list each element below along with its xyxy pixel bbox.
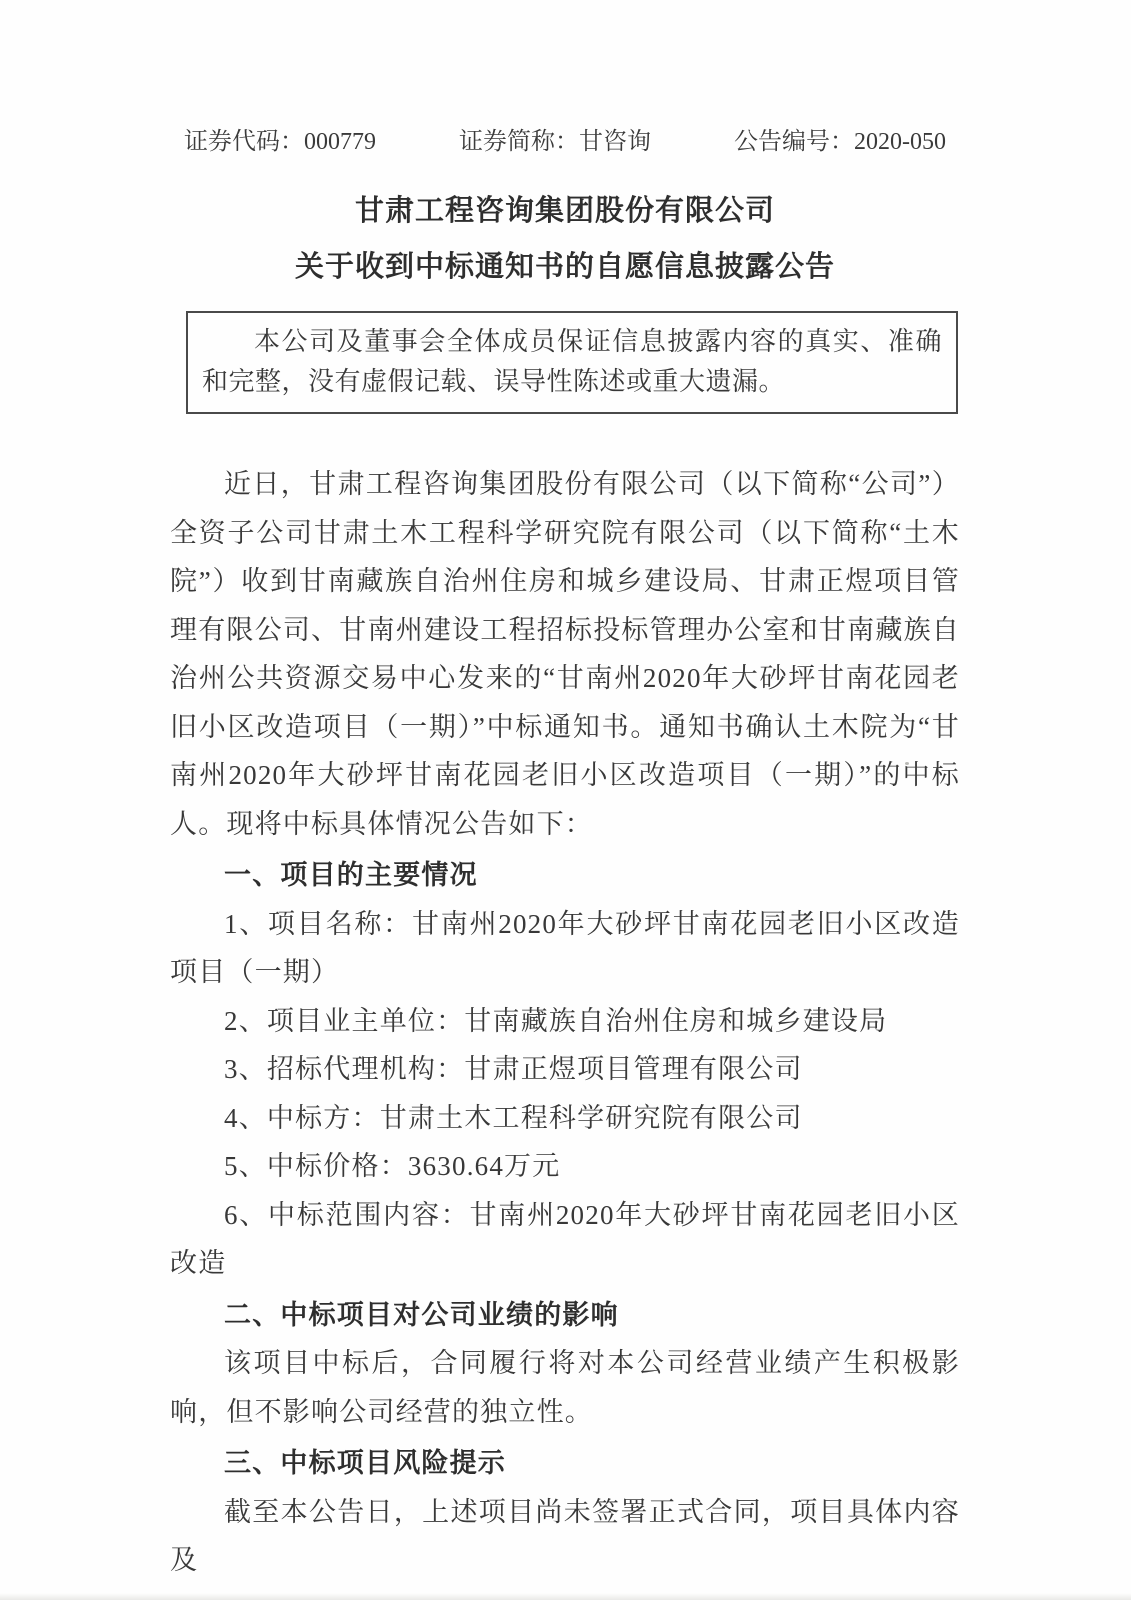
section2-heading: 二、中标项目对公司业绩的影响 [170,1291,960,1340]
scan-bottom-edge [0,1593,1131,1600]
section1-item-winning-bidder: 4、中标方：甘肃土木工程科学研究院有限公司 [170,1094,960,1143]
section1-item-bid-price: 5、中标价格：3630.64万元 [170,1142,960,1191]
disclaimer-text: 本公司及董事会全体成员保证信息披露内容的真实、准确和完整，没有虚假记载、误导性陈… [202,322,942,402]
stock-abbreviation: 证券简称：甘咨询 [459,121,651,156]
document-body: 近日，甘肃工程咨询集团股份有限公司（以下简称“公司”）全资子公司甘肃土木工程科学… [170,460,960,1585]
section2-paragraph: 该项目中标后，合同履行将对本公司经营业绩产生积极影响，但不影响公司经营的独立性。 [170,1339,960,1436]
section1-item-bid-scope: 6、中标范围内容：甘南州2020年大砂坪甘南花园老旧小区改造 [170,1191,960,1288]
section1-heading: 一、项目的主要情况 [170,851,960,900]
stock-code: 证券代码：000779 [184,121,376,156]
document-page: 证券代码：000779 证券简称：甘咨询 公告编号：2020-050 甘肃工程咨… [0,0,1131,1600]
announcement-document: 证券代码：000779 证券简称：甘咨询 公告编号：2020-050 甘肃工程咨… [170,0,960,1585]
company-name-title: 甘肃工程咨询集团股份有限公司 [170,188,960,229]
section1-item-owner-unit: 2、项目业主单位：甘南藏族自治州住房和城乡建设局 [170,997,960,1046]
document-header: 证券代码：000779 证券简称：甘咨询 公告编号：2020-050 [170,121,960,156]
scan-speck-artifact [905,762,909,765]
section3-paragraph: 截至本公告日，上述项目尚未签署正式合同，项目具体内容及 [170,1488,960,1585]
section1-item-project-name: 1、项目名称：甘南州2020年大砂坪甘南花园老旧小区改造项目（一期） [170,900,960,997]
section3-heading: 三、中标项目风险提示 [170,1439,960,1488]
announcement-title: 关于收到中标通知书的自愿信息披露公告 [170,244,960,285]
announcement-number: 公告编号：2020-050 [734,121,946,156]
intro-paragraph: 近日，甘肃工程咨询集团股份有限公司（以下简称“公司”）全资子公司甘肃土木工程科学… [170,460,960,848]
section1-item-bidding-agency: 3、招标代理机构：甘肃正煜项目管理有限公司 [170,1045,960,1094]
disclaimer-box: 本公司及董事会全体成员保证信息披露内容的真实、准确和完整，没有虚假记载、误导性陈… [186,311,958,414]
